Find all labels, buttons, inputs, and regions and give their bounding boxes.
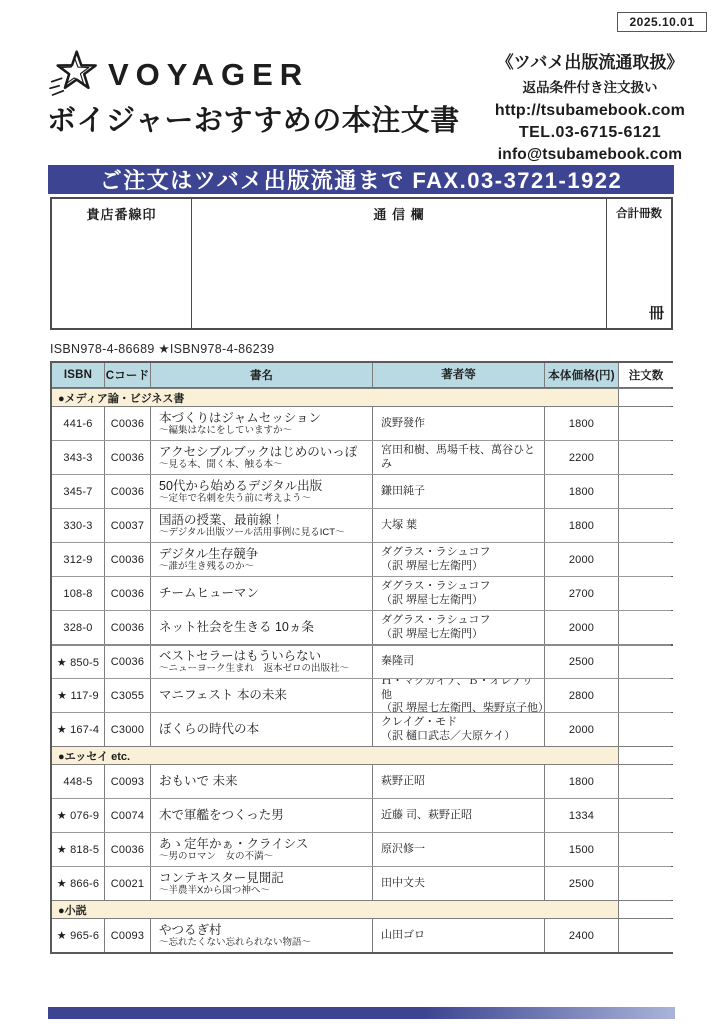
cell-title: チームヒューマン [150,577,372,610]
table-row: ★ 167-4 C3000 ぼくらの時代の本 クレイグ・モド （訳 樋口武志／大… [52,712,671,746]
order-quantity-cell[interactable] [618,867,673,900]
cell-author: ダグラス・ラシュコフ （訳 堺屋七左衛門） [372,577,544,610]
cell-ccode: C0021 [104,867,150,900]
cell-title: おもいで 未来 [150,765,372,798]
distributor-url: http://tsubamebook.com [470,102,710,120]
book-subtitle: ～デジタル出版ツール活用事例に見るICT～ [159,527,372,538]
distributor-name: 《ツバメ出版流通取扱》 [470,48,710,73]
cell-author: ダグラス・ラシュコフ （訳 堺屋七左衛門） [372,543,544,576]
total-count-label: 合計冊数 [616,208,662,220]
author-note: （訳 堺屋七左衛門） [381,628,544,642]
book-subtitle: ～編集はなにをしていますか～ [159,425,372,436]
table-body: ●メディア論・ビジネス書 441-6 C0036 本づくりはジャムセッション ～… [52,388,671,952]
cell-price: 2000 [544,611,618,644]
cell-author: 原沢修一 [372,833,544,866]
cell-price: 1800 [544,475,618,508]
cell-price: 2200 [544,441,618,474]
cell-title: ネット社会を生きる 10ヵ条 [150,611,372,644]
cell-isbn: ★ 117-9 [52,679,104,712]
table-row: 448-5 C0093 おもいで 未来 萩野正昭 1800 [52,764,671,798]
cell-ccode: C0036 [104,646,150,678]
column-header-author: 著者等 [372,363,544,387]
cell-author: 大塚 葉 [372,509,544,542]
cell-isbn: ★ 167-4 [52,713,104,746]
author-name: 秦隆司 [381,655,544,669]
table-row: 345-7 C0036 50代から始めるデジタル出版 ～定年で名刺を失う前に考え… [52,474,671,508]
cell-ccode: C0036 [104,833,150,866]
table-row: ★ 965-6 C0093 やつるぎ村 ～忘れたくない忘れられない物語～ 山田ゴ… [52,918,671,952]
cell-isbn: 312-9 [52,543,104,576]
author-name: Ｈ・マクガイア、Ｂ・オレアリ他 [381,679,544,702]
author-name: クレイグ・モド [381,716,544,730]
table-row: ★ 117-9 C3055 マニフェスト 本の未来 Ｈ・マクガイア、Ｂ・オレアリ… [52,678,671,712]
page-title: ボイジャーおすすめの本注文書 [47,98,460,139]
section-header-row: ●メディア論・ビジネス書 [52,388,671,406]
isbn-prefix-note: ISBN978-4-86689 ★ISBN978-4-86239 [50,341,274,356]
cell-isbn: 345-7 [52,475,104,508]
cell-author: 鎌田純子 [372,475,544,508]
book-title: 50代から始めるデジタル出版 [159,479,372,493]
cell-isbn: 108-8 [52,577,104,610]
column-header-price: 本体価格(円) [544,363,618,387]
book-title: やつるぎ村 [159,923,372,937]
cell-price: 1500 [544,833,618,866]
cell-title: 国語の授業、最前線！ ～デジタル出版ツール活用事例に見るICT～ [150,509,372,542]
section-order-cell [618,901,673,918]
column-header-isbn: ISBN [52,363,104,387]
distributor-email: info@tsubamebook.com [470,146,710,164]
order-quantity-cell[interactable] [618,407,673,440]
author-note: （訳 堺屋七左衛門） [381,594,544,608]
book-order-table: ISBN Cコード 書名 著者等 本体価格(円) 注文数 ●メディア論・ビジネス… [50,361,673,954]
cell-ccode: C0036 [104,441,150,474]
order-quantity-cell[interactable] [618,475,673,508]
book-title: デジタル生存競争 [159,547,372,561]
table-row: ★ 866-6 C0021 コンテキスター見聞記 ～半農半Xから国つ神へ～ 田中… [52,866,671,900]
book-subtitle: ～見る本、聞く本、触る本～ [159,459,372,470]
order-quantity-cell[interactable] [618,919,673,952]
cell-ccode: C0036 [104,611,150,644]
cell-isbn: 343-3 [52,441,104,474]
author-name: 田中文夫 [381,877,544,891]
cell-title: コンテキスター見聞記 ～半農半Xから国つ神へ～ [150,867,372,900]
return-policy-note: 返品条件付き注文扱い [470,76,710,96]
author-name: 鎌田純子 [381,485,544,499]
cell-author: 秦隆司 [372,646,544,678]
total-count-area[interactable]: 合計冊数 冊 [606,199,671,328]
table-row: 441-6 C0036 本づくりはジャムセッション ～編集はなにをしていますか～… [52,406,671,440]
cell-price: 2800 [544,679,618,712]
cell-author: ダグラス・ラシュコフ （訳 堺屋七左衛門） [372,611,544,644]
cell-isbn: 330-3 [52,509,104,542]
table-row: ★ 850-5 C0036 ベストセラーはもういらない ～ニューヨーク生まれ 返… [52,644,671,678]
table-row: 330-3 C0037 国語の授業、最前線！ ～デジタル出版ツール活用事例に見る… [52,508,671,542]
section-order-cell [618,389,673,406]
memo-area[interactable]: 通 信 欄 [191,199,606,328]
fax-order-banner: ご注文はツバメ出版流通まで FAX.03-3721-1922 [48,165,674,194]
author-name: 山田ゴロ [381,929,544,943]
cell-author: 宮田和樹、馬場千枝、萬谷ひとみ [372,441,544,474]
store-stamp-area[interactable]: 貴店番線印 [52,199,191,328]
cell-ccode: C3055 [104,679,150,712]
order-quantity-cell[interactable] [618,713,673,746]
brand-logo: VOYAGER [48,50,309,100]
cell-title: デジタル生存競争 ～誰が生き残るのか～ [150,543,372,576]
table-row: 108-8 C0036 チームヒューマン ダグラス・ラシュコフ （訳 堺屋七左衛… [52,576,671,610]
order-quantity-cell[interactable] [618,799,673,832]
order-quantity-cell[interactable] [618,611,673,644]
cell-author: 萩野正昭 [372,765,544,798]
section-order-cell [618,747,673,764]
cell-isbn: ★ 965-6 [52,919,104,952]
cell-ccode: C0036 [104,475,150,508]
book-title: アクセシブルブックはじめのいっぽ [159,445,372,459]
book-subtitle: ～ニューヨーク生まれ 返本ゼロの出版社～ [159,663,372,674]
cell-author: 山田ゴロ [372,919,544,952]
cell-isbn: 441-6 [52,407,104,440]
book-title: 木で軍艦をつくった男 [159,808,372,822]
section-label: ●エッセイ etc. [52,747,618,764]
order-quantity-cell[interactable] [618,765,673,798]
cell-ccode: C0036 [104,543,150,576]
cell-ccode: C0037 [104,509,150,542]
order-quantity-cell[interactable] [618,646,673,678]
cell-ccode: C0074 [104,799,150,832]
cell-author: 田中文夫 [372,867,544,900]
author-name: 波野發作 [381,417,544,431]
cell-title: マニフェスト 本の未来 [150,679,372,712]
distributor-tel: TEL.03-6715-6121 [470,124,710,142]
cell-title: あゝ定年かぁ・クライシス ～男のロマン 女の不満～ [150,833,372,866]
voyager-star-icon [48,50,102,100]
cell-price: 1800 [544,765,618,798]
column-header-ccode: Cコード [104,363,150,387]
cell-ccode: C0093 [104,765,150,798]
cell-author: 近藤 司、萩野正昭 [372,799,544,832]
order-quantity-cell[interactable] [618,509,673,542]
cell-isbn: 448-5 [52,765,104,798]
cell-isbn: 328-0 [52,611,104,644]
author-name: 大塚 葉 [381,519,544,533]
book-subtitle: ～定年で名刺を失う前に考えよう～ [159,493,372,504]
book-title: ネット社会を生きる 10ヵ条 [159,620,372,634]
cell-ccode: C3000 [104,713,150,746]
cell-price: 2700 [544,577,618,610]
author-name: ダグラス・ラシュコフ [381,546,544,560]
section-label: ●小説 [52,901,618,918]
count-unit-label: 冊 [649,302,664,323]
table-header-row: ISBN Cコード 書名 著者等 本体価格(円) 注文数 [52,363,671,388]
author-note: （訳 堺屋七左衛門、柴野京子他） [381,702,544,712]
cell-author: 波野發作 [372,407,544,440]
book-title: あゝ定年かぁ・クライシス [159,837,372,851]
cell-price: 1800 [544,509,618,542]
table-row: 328-0 C0036 ネット社会を生きる 10ヵ条 ダグラス・ラシュコフ （訳… [52,610,671,644]
author-name: 宮田和樹、馬場千枝、萬谷ひとみ [381,444,544,472]
date-stamp: 2025.10.01 [617,12,707,32]
cell-isbn: ★ 076-9 [52,799,104,832]
cell-title: ぼくらの時代の本 [150,713,372,746]
cell-title: アクセシブルブックはじめのいっぽ ～見る本、聞く本、触る本～ [150,441,372,474]
table-row: 312-9 C0036 デジタル生存競争 ～誰が生き残るのか～ ダグラス・ラシュ… [52,542,671,576]
book-subtitle: ～半農半Xから国つ神へ～ [159,885,372,896]
cell-title: 50代から始めるデジタル出版 ～定年で名刺を失う前に考えよう～ [150,475,372,508]
cell-price: 2500 [544,867,618,900]
cell-price: 2000 [544,713,618,746]
cell-title: ベストセラーはもういらない ～ニューヨーク生まれ 返本ゼロの出版社～ [150,646,372,678]
cell-author: Ｈ・マクガイア、Ｂ・オレアリ他 （訳 堺屋七左衛門、柴野京子他） [372,679,544,712]
book-title: マニフェスト 本の未来 [159,688,372,702]
author-note: （訳 樋口武志／大原ケイ） [381,730,544,744]
order-quantity-cell[interactable] [618,577,673,610]
table-row: ★ 076-9 C0074 木で軍艦をつくった男 近藤 司、萩野正昭 1334 [52,798,671,832]
table-row: ★ 818-5 C0036 あゝ定年かぁ・クライシス ～男のロマン 女の不満～ … [52,832,671,866]
book-subtitle: ～誰が生き残るのか～ [159,561,372,572]
book-title: ベストセラーはもういらない [159,649,372,663]
cell-price: 2400 [544,919,618,952]
book-subtitle: ～男のロマン 女の不満～ [159,851,372,862]
cell-author: クレイグ・モド （訳 樋口武志／大原ケイ） [372,713,544,746]
cell-title: やつるぎ村 ～忘れたくない忘れられない物語～ [150,919,372,952]
cell-title: 木で軍艦をつくった男 [150,799,372,832]
author-name: 萩野正昭 [381,775,544,789]
book-title: ぼくらの時代の本 [159,722,372,736]
cell-price: 2500 [544,646,618,678]
author-note: （訳 堺屋七左衛門） [381,560,544,574]
order-quantity-cell[interactable] [618,441,673,474]
section-header-row: ●エッセイ etc. [52,746,671,764]
table-row: 343-3 C0036 アクセシブルブックはじめのいっぽ ～見る本、聞く本、触る… [52,440,671,474]
column-header-order-qty: 注文数 [618,363,673,387]
order-quantity-cell[interactable] [618,833,673,866]
author-name: ダグラス・ラシュコフ [381,614,544,628]
section-label: ●メディア論・ビジネス書 [52,389,618,406]
cell-price: 1800 [544,407,618,440]
cell-title: 本づくりはジャムセッション ～編集はなにをしていますか～ [150,407,372,440]
cell-isbn: ★ 818-5 [52,833,104,866]
cell-price: 1334 [544,799,618,832]
order-form-page: 2025.10.01 VOYAGER ボイジャーおすすめの本注文書 《ツバメ出版… [0,0,723,1024]
cell-ccode: C0093 [104,919,150,952]
section-header-row: ●小説 [52,900,671,918]
cell-ccode: C0036 [104,577,150,610]
cell-ccode: C0036 [104,407,150,440]
book-title: 国語の授業、最前線！ [159,513,372,527]
column-header-title: 書名 [150,363,372,387]
author-name: 近藤 司、萩野正昭 [381,809,544,823]
order-quantity-cell[interactable] [618,543,673,576]
store-stamp-label: 貴店番線印 [86,207,156,222]
book-title: おもいで 未来 [159,774,372,788]
author-name: ダグラス・ラシュコフ [381,580,544,594]
book-title: チームヒューマン [159,586,372,600]
cell-isbn: ★ 866-6 [52,867,104,900]
brand-logo-text: VOYAGER [108,57,309,93]
order-quantity-cell[interactable] [618,679,673,712]
distributor-info: 《ツバメ出版流通取扱》 返品条件付き注文扱い http://tsubameboo… [470,48,710,164]
book-title: 本づくりはジャムセッション [159,411,372,425]
cell-price: 2000 [544,543,618,576]
author-name: 原沢修一 [381,843,544,857]
book-title: コンテキスター見聞記 [159,871,372,885]
book-subtitle: ～忘れたくない忘れられない物語～ [159,937,372,948]
order-form-box: 貴店番線印 通 信 欄 合計冊数 冊 [50,197,673,330]
memo-label: 通 信 欄 [373,207,424,222]
footer-accent-bar [48,1007,675,1019]
cell-isbn: ★ 850-5 [52,646,104,678]
